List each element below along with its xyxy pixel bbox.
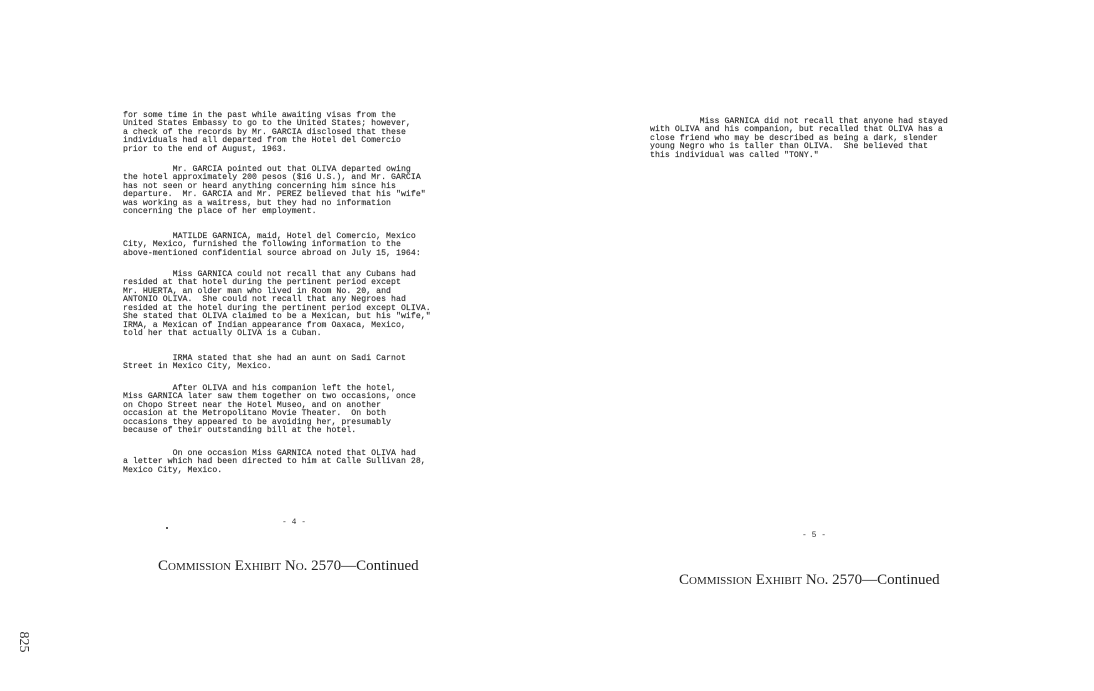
scan-speck <box>166 527 168 529</box>
paragraph-7: On one occasion Miss GARNICA noted that … <box>123 450 426 475</box>
caption-suffix: —Continued <box>341 558 419 574</box>
caption-prefix: Commission Exhibit No. 2570 <box>158 558 341 574</box>
page-number-right: - 5 - <box>802 531 826 540</box>
paragraph-1: for some time in the past while awaiting… <box>123 112 411 154</box>
volume-page-number: 825 <box>15 627 31 657</box>
paragraph-6: After OLIVA and his companion left the h… <box>123 385 416 436</box>
paragraph-2: Mr. GARCIA pointed out that OLIVA depart… <box>123 166 426 217</box>
exhibit-caption-left: Commission Exhibit No. 2570—Continued <box>158 558 419 575</box>
paragraph-3: MATILDE GARNICA, maid, Hotel del Comerci… <box>123 233 421 258</box>
paragraph-5: IRMA stated that she had an aunt on Sadi… <box>123 355 406 372</box>
page-number-left: - 4 - <box>282 518 306 527</box>
caption-suffix: —Continued <box>862 572 940 588</box>
exhibit-caption-right: Commission Exhibit No. 2570—Continued <box>679 572 940 589</box>
paragraph-right-1: Miss GARNICA did not recall that anyone … <box>650 118 948 160</box>
paragraph-4: Miss GARNICA could not recall that any C… <box>123 271 431 339</box>
caption-prefix: Commission Exhibit No. 2570 <box>679 572 862 588</box>
